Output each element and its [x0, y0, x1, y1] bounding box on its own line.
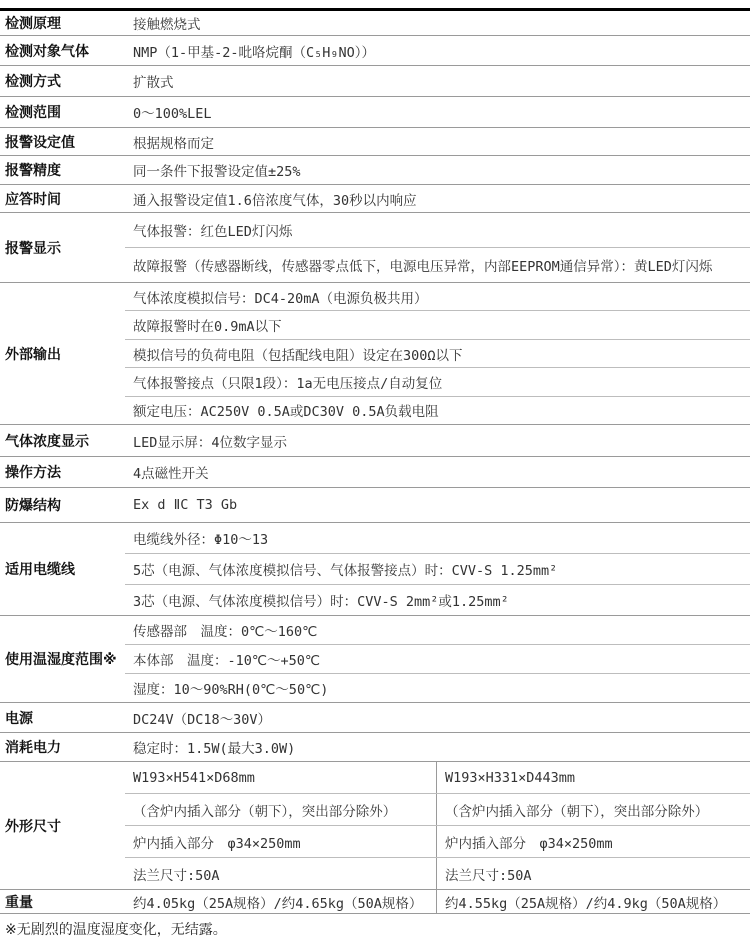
spec-table: 检测原理 接触燃烧式 检测对象气体 NMP（1-甲基-2-吡咯烷酮（C₅H₉NO… [0, 8, 750, 914]
dimensions-right-value: W193×H331×D443mm [437, 770, 750, 786]
row-label: 应答时间 [0, 185, 125, 212]
dimensions-right-value: 法兰尺寸:50A [437, 864, 750, 884]
row-value: 电缆线外径：Φ10～13 [125, 523, 750, 554]
row-label: 报警精度 [0, 156, 125, 184]
row-detection-range: 检测范围 0～100%LEL [0, 97, 750, 128]
row-label: 防爆结构 [0, 488, 125, 522]
row-value: 3芯（电源、气体浓度模拟信号）时：CVV-S 2mm²或1.25mm² [125, 585, 750, 615]
dimensions-left-value: （含炉内插入部分（朝下），突出部分除外） [125, 794, 437, 825]
row-value: 根据规格而定 [125, 128, 750, 155]
row-value: 额定电压：AC250V 0.5A或DC30V 0.5A负载电阻 [125, 397, 750, 424]
row-target-gas: 检测对象气体 NMP（1-甲基-2-吡咯烷酮（C₅H₉NO）） [0, 36, 750, 66]
dimensions-subrow: 法兰尺寸:50A 法兰尺寸:50A [125, 858, 750, 889]
row-detection-principle: 检测原理 接触燃烧式 [0, 11, 750, 36]
spec-sheet-page: 检测原理 接触燃烧式 检测对象气体 NMP（1-甲基-2-吡咯烷酮（C₅H₉NO… [0, 0, 750, 938]
dimensions-left-value: 炉内插入部分 φ34×250mm [125, 826, 437, 857]
dimensions-left-value: 法兰尺寸:50A [125, 858, 437, 889]
dimensions-subrow: 炉内插入部分 φ34×250mm 炉内插入部分 φ34×250mm [125, 826, 750, 858]
row-value: DC24V（DC18～30V） [125, 703, 750, 732]
row-value: NMP（1-甲基-2-吡咯烷酮（C₅H₉NO）） [125, 36, 750, 65]
row-value: 接触燃烧式 [125, 11, 750, 35]
weight-right-value: 约4.55kg（25A规格）/约4.9kg（50A规格） [437, 892, 750, 912]
row-label: 消耗电力 [0, 733, 125, 761]
row-dimensions: 外形尺寸 W193×H541×D68mm W193×H331×D443mm （含… [0, 762, 750, 890]
row-concentration-display: 气体浓度显示 LED显示屏：4位数字显示 [0, 425, 750, 457]
row-value: 通入报警设定值1.6倍浓度气体，30秒以内响应 [125, 185, 750, 212]
row-label: 报警设定值 [0, 128, 125, 155]
dimensions-subrow: W193×H541×D68mm W193×H331×D443mm [125, 762, 750, 794]
row-label: 适用电缆线 [0, 523, 125, 615]
row-alarm-setpoint: 报警设定值 根据规格而定 [0, 128, 750, 156]
dimensions-left-value: W193×H541×D68mm [125, 762, 437, 793]
row-label: 外部输出 [0, 283, 125, 424]
row-alarm-display: 报警显示 气体报警：红色LED灯闪烁 故障报警（传感器断线，传感器零点低下，电源… [0, 213, 750, 283]
weight-subrow: 约4.05kg（25A规格）/约4.65kg（50A规格） 约4.55kg（25… [125, 890, 750, 913]
row-value: 模拟信号的负荷电阻（包括配线电阻）设定在300Ω以下 [125, 340, 750, 368]
row-temp-humidity-range: 使用温湿度范围※ 传感器部 温度：0℃～160℃ 本体部 温度：-10℃～+50… [0, 616, 750, 703]
row-label: 检测方式 [0, 66, 125, 96]
row-value: 气体报警：红色LED灯闪烁 [125, 213, 750, 248]
row-value: 传感器部 温度：0℃～160℃ [125, 616, 750, 645]
weight-left-value: 约4.05kg（25A规格）/约4.65kg（50A规格） [125, 890, 437, 913]
row-label: 气体浓度显示 [0, 425, 125, 456]
dimensions-right-value: （含炉内插入部分（朝下），突出部分除外） [437, 800, 750, 820]
row-value: 湿度：10～90%RH(0℃～50℃) [125, 674, 750, 702]
row-label: 电源 [0, 703, 125, 732]
row-label: 检测范围 [0, 97, 125, 127]
row-power-supply: 电源 DC24V（DC18～30V） [0, 703, 750, 733]
row-detection-method: 检测方式 扩散式 [0, 66, 750, 97]
row-label: 外形尺寸 [0, 762, 125, 889]
row-weight: 重量 约4.05kg（25A规格）/约4.65kg（50A规格） 约4.55kg… [0, 890, 750, 914]
row-value: Ex d ⅡC T3 Gb [125, 488, 750, 522]
row-value: 本体部 温度：-10℃～+50℃ [125, 645, 750, 674]
row-operation-method: 操作方法 4点磁性开关 [0, 457, 750, 488]
row-external-output: 外部输出 气体浓度模拟信号：DC4-20mA（电源负极共用） 故障报警时在0.9… [0, 283, 750, 425]
row-value: 气体报警接点（只限1段）：1a无电压接点/自动复位 [125, 368, 750, 396]
row-value: 同一条件下报警设定值±25% [125, 156, 750, 184]
row-value: 稳定时：1.5W(最大3.0W) [125, 733, 750, 761]
row-label: 操作方法 [0, 457, 125, 487]
row-explosion-proof: 防爆结构 Ex d ⅡC T3 Gb [0, 488, 750, 523]
row-cable: 适用电缆线 电缆线外径：Φ10～13 5芯（电源、气体浓度模拟信号、气体报警接点… [0, 523, 750, 616]
dimensions-right-value: 炉内插入部分 φ34×250mm [437, 832, 750, 852]
row-value: 气体浓度模拟信号：DC4-20mA（电源负极共用） [125, 283, 750, 311]
row-label: 检测对象气体 [0, 36, 125, 65]
row-value: 4点磁性开关 [125, 457, 750, 487]
row-power-consumption: 消耗电力 稳定时：1.5W(最大3.0W) [0, 733, 750, 762]
dimensions-subrow: （含炉内插入部分（朝下），突出部分除外） （含炉内插入部分（朝下），突出部分除外… [125, 794, 750, 826]
row-value: 故障报警（传感器断线，传感器零点低下，电源电压异常，内部EEPROM通信异常）：… [125, 248, 750, 282]
row-label: 使用温湿度范围※ [0, 616, 125, 702]
row-value: LED显示屏：4位数字显示 [125, 425, 750, 456]
footnote: ※无剧烈的温度湿度变化，无结露。 [0, 914, 750, 938]
row-value: 扩散式 [125, 66, 750, 96]
row-value: 故障报警时在0.9mA以下 [125, 311, 750, 339]
row-label: 重量 [0, 890, 125, 913]
row-label: 报警显示 [0, 213, 125, 282]
row-label: 检测原理 [0, 11, 125, 35]
row-alarm-accuracy: 报警精度 同一条件下报警设定值±25% [0, 156, 750, 185]
row-response-time: 应答时间 通入报警设定值1.6倍浓度气体，30秒以内响应 [0, 185, 750, 213]
row-value: 5芯（电源、气体浓度模拟信号、气体报警接点）时：CVV-S 1.25mm² [125, 554, 750, 585]
row-value: 0～100%LEL [125, 97, 750, 127]
